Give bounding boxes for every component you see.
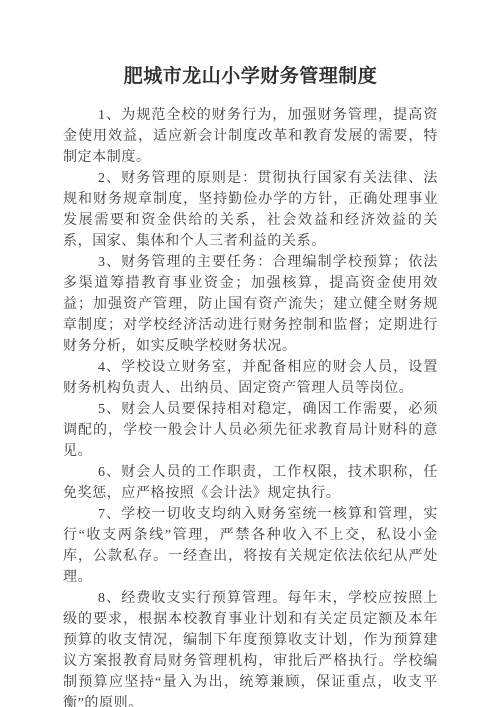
document-title: 肥城市龙山小学财务管理制度 xyxy=(63,64,438,90)
paragraph-8: 8、经费收支实行预算管理。每年末，学校应按照上级的要求，根据本校教育事业计划和有… xyxy=(63,588,438,707)
document-body: 1、为规范全校的财务行为，加强财务管理，提高资金使用效益，适应新会计制度改革和教… xyxy=(63,105,438,707)
document-page: 肥城市龙山小学财务管理制度 1、为规范全校的财务行为，加强财务管理，提高资金使用… xyxy=(0,0,500,707)
paragraph-7: 7、学校一切收支均纳入财务室统一核算和管理，实行“收支两条线”管理，严禁各种收入… xyxy=(63,504,438,588)
paragraph-1: 1、为规范全校的财务行为，加强财务管理，提高资金使用效益，适应新会计制度改革和教… xyxy=(63,105,438,168)
paragraph-5: 5、财会人员要保持相对稳定，确因工作需要，必须调配的，学校一般会计人员必须先征求… xyxy=(63,399,438,462)
paragraph-2: 2、财务管理的原则是：贯彻执行国家有关法律、法规和财务规章制度，坚持勤俭办学的方… xyxy=(63,168,438,252)
paragraph-3: 3、财务管理的主要任务：合理编制学校预算；依法多渠道筹措教育事业资金；加强核算，… xyxy=(63,252,438,357)
paragraph-4: 4、学校设立财务室，并配备相应的财会人员，设置财务机构负责人、出纳员、固定资产管… xyxy=(63,357,438,399)
paragraph-6: 6、财会人员的工作职责，工作权限，技术职称，任免奖惩，应严格按照《会计法》规定执… xyxy=(63,462,438,504)
